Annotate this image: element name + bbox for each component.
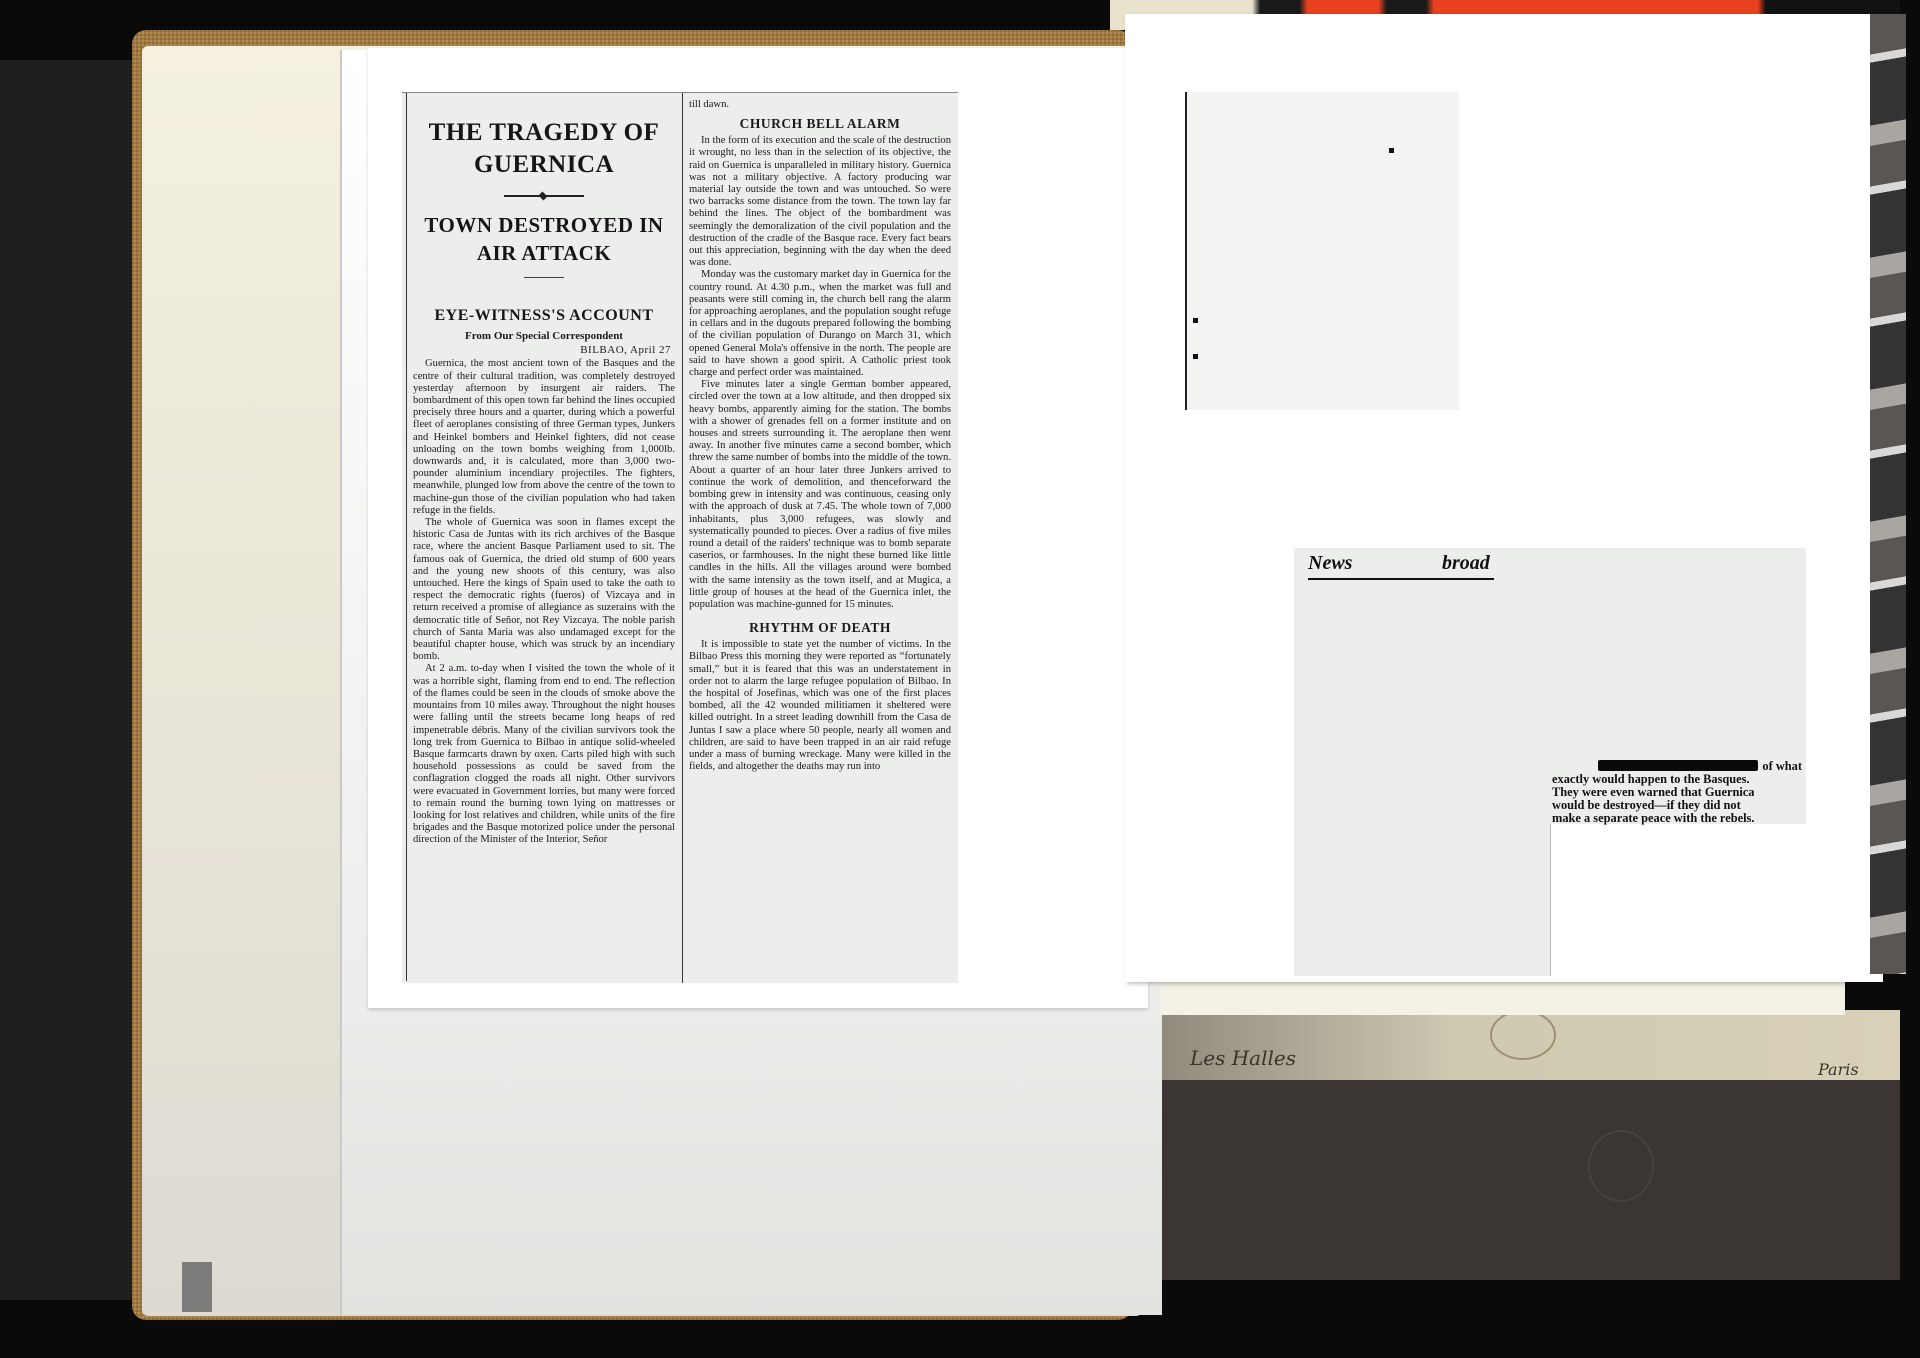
clipping-left-panel <box>1294 654 1551 976</box>
paragraph: In the form of its execution and the sca… <box>689 135 951 269</box>
rule-divider <box>524 277 564 278</box>
masthead-word-left: News <box>1308 552 1352 575</box>
subheadline: TOWN DESTROYED IN AIR ATTACK <box>413 211 675 267</box>
ornament-divider <box>504 195 584 197</box>
spine-label <box>182 1262 212 1312</box>
handwriting-paris: Paris <box>1818 1060 1859 1079</box>
backdrop-left <box>0 60 140 1300</box>
section-heading-church-bell: CHURCH BELL ALARM <box>689 115 951 133</box>
ink-mark <box>1389 148 1394 153</box>
snippet-line: of what <box>1762 759 1802 773</box>
news-chronicle-clipping: News broad of what exactly would happen … <box>1294 548 1806 976</box>
section-heading-rhythm: RHYTHM OF DEATH <box>689 619 951 637</box>
paragraph: At 2 a.m. to-day when I visited the town… <box>413 663 675 846</box>
faded-stamp <box>1588 1130 1654 1202</box>
byline: From Our Special Correspondent <box>413 330 675 342</box>
right-edge-collage <box>1870 14 1906 974</box>
paragraph: Five minutes later a single German bombe… <box>689 379 951 611</box>
postmark-stamp <box>1490 1010 1556 1060</box>
headline: THE TRAGEDY OF GUERNICA <box>413 117 675 181</box>
ink-mark <box>1193 354 1198 359</box>
handwriting-les-halles: Les Halles <box>1190 1046 1296 1070</box>
paragraph: Guernica, the most ancient town of the B… <box>413 358 675 517</box>
paragraph: It is impossible to state yet the number… <box>689 639 951 773</box>
blank-clipping <box>1185 92 1459 410</box>
masthead: News broad <box>1308 552 1494 580</box>
snippet-line: make a separate peace with the rebels. <box>1552 812 1802 825</box>
clipping-column-left: THE TRAGEDY OF GUERNICA TOWN DESTROYED I… <box>406 93 675 981</box>
paragraph: Monday was the customary market day in G… <box>689 269 951 379</box>
section-heading-eyewitness: EYE-WITNESS'S ACCOUNT <box>413 306 675 326</box>
ink-mark <box>1193 318 1198 323</box>
news-snippet: of what exactly would happen to the Basq… <box>1552 760 1802 825</box>
backdrop-dark-panel <box>1160 1080 1900 1280</box>
clipping-column-right: till dawn. CHURCH BELL ALARM In the form… <box>682 93 951 983</box>
guernica-clipping: THE TRAGEDY OF GUERNICA TOWN DESTROYED I… <box>402 92 958 983</box>
lead-line: till dawn. <box>689 99 951 111</box>
paragraph: The whole of Guernica was soon in flames… <box>413 517 675 663</box>
masthead-word-right: broad <box>1442 552 1490 575</box>
redaction-bar <box>1598 760 1758 771</box>
dateline: BILBAO, April 27 <box>413 344 671 356</box>
